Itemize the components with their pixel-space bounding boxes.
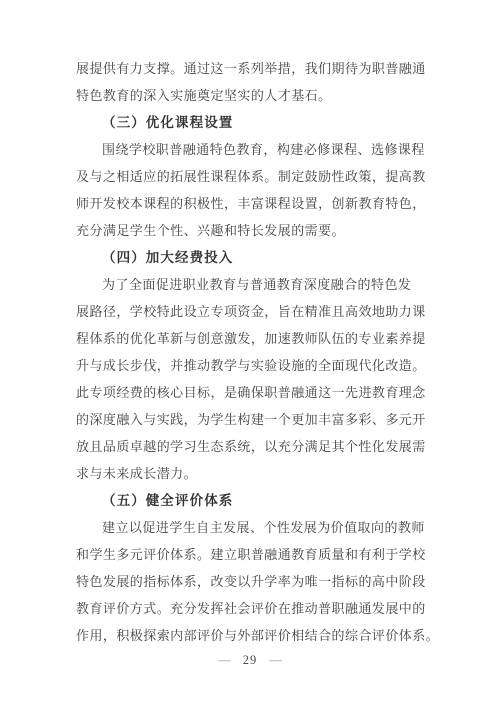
text-line: 的深度融入与实践，为学生构建一个更加丰富多彩、多元开 (76, 406, 428, 433)
page-number: 29 (243, 651, 258, 669)
section-heading: （三）优化课程设置 (76, 109, 428, 136)
text-line: 放且品质卓越的学习生态系统，以充分满足其个性化发展需 (76, 433, 428, 460)
section-heading: （五）健全评价体系 (76, 487, 428, 514)
text-line: 师开发校本课程的积极性，丰富课程设置，创新教育特色， (76, 190, 428, 217)
text-line: 升与成长步伐，并推动教学与实验设施的全面现代化改造。 (76, 352, 428, 379)
document-page: 展提供有力支撑。通过这一系列举措，我们期待为职普融通特色教育的深入实施奠定坚实的… (0, 0, 500, 707)
footer-dash-right: — (269, 651, 282, 669)
text-line: 特色教育的深入实施奠定坚实的人才基石。 (76, 82, 428, 109)
text-line: 教育评价方式。充分发挥社会评价在推动普职融通发展中的 (76, 595, 428, 622)
footer-dash-left: — (218, 651, 231, 669)
text-line: 作用，积极探索内部评价与外部评价相结合的综合评价体系。 (76, 622, 428, 649)
document-body: 展提供有力支撑。通过这一系列举措，我们期待为职普融通特色教育的深入实施奠定坚实的… (76, 55, 428, 649)
text-line: 为了全面促进职业教育与普通教育深度融合的特色发 (76, 271, 428, 298)
text-line: 求与未来成长潜力。 (76, 460, 428, 487)
text-line: 展路径，学校特此设立专项资金，旨在精准且高效地助力课 (76, 298, 428, 325)
page-footer: — 29 — (0, 651, 500, 669)
text-line: 此专项经费的核心目标，是确保职普融通这一先进教育理念 (76, 379, 428, 406)
section-heading: （四）加大经费投入 (76, 244, 428, 271)
text-line: 程体系的优化革新与创意激发，加速教师队伍的专业素养提 (76, 325, 428, 352)
text-line: 及与之相适应的拓展性课程体系。制定鼓励性政策，提高教 (76, 163, 428, 190)
text-line: 充分满足学生个性、兴趣和特长发展的需要。 (76, 217, 428, 244)
text-line: 围绕学校职普融通特色教育，构建必修课程、选修课程 (76, 136, 428, 163)
text-line: 和学生多元评价体系。建立职普融通教育质量和有利于学校 (76, 541, 428, 568)
text-line: 建立以促进学生自主发展、个性发展为价值取向的教师 (76, 514, 428, 541)
text-line: 特色发展的指标体系，改变以升学率为唯一指标的高中阶段 (76, 568, 428, 595)
text-line: 展提供有力支撑。通过这一系列举措，我们期待为职普融通 (76, 55, 428, 82)
